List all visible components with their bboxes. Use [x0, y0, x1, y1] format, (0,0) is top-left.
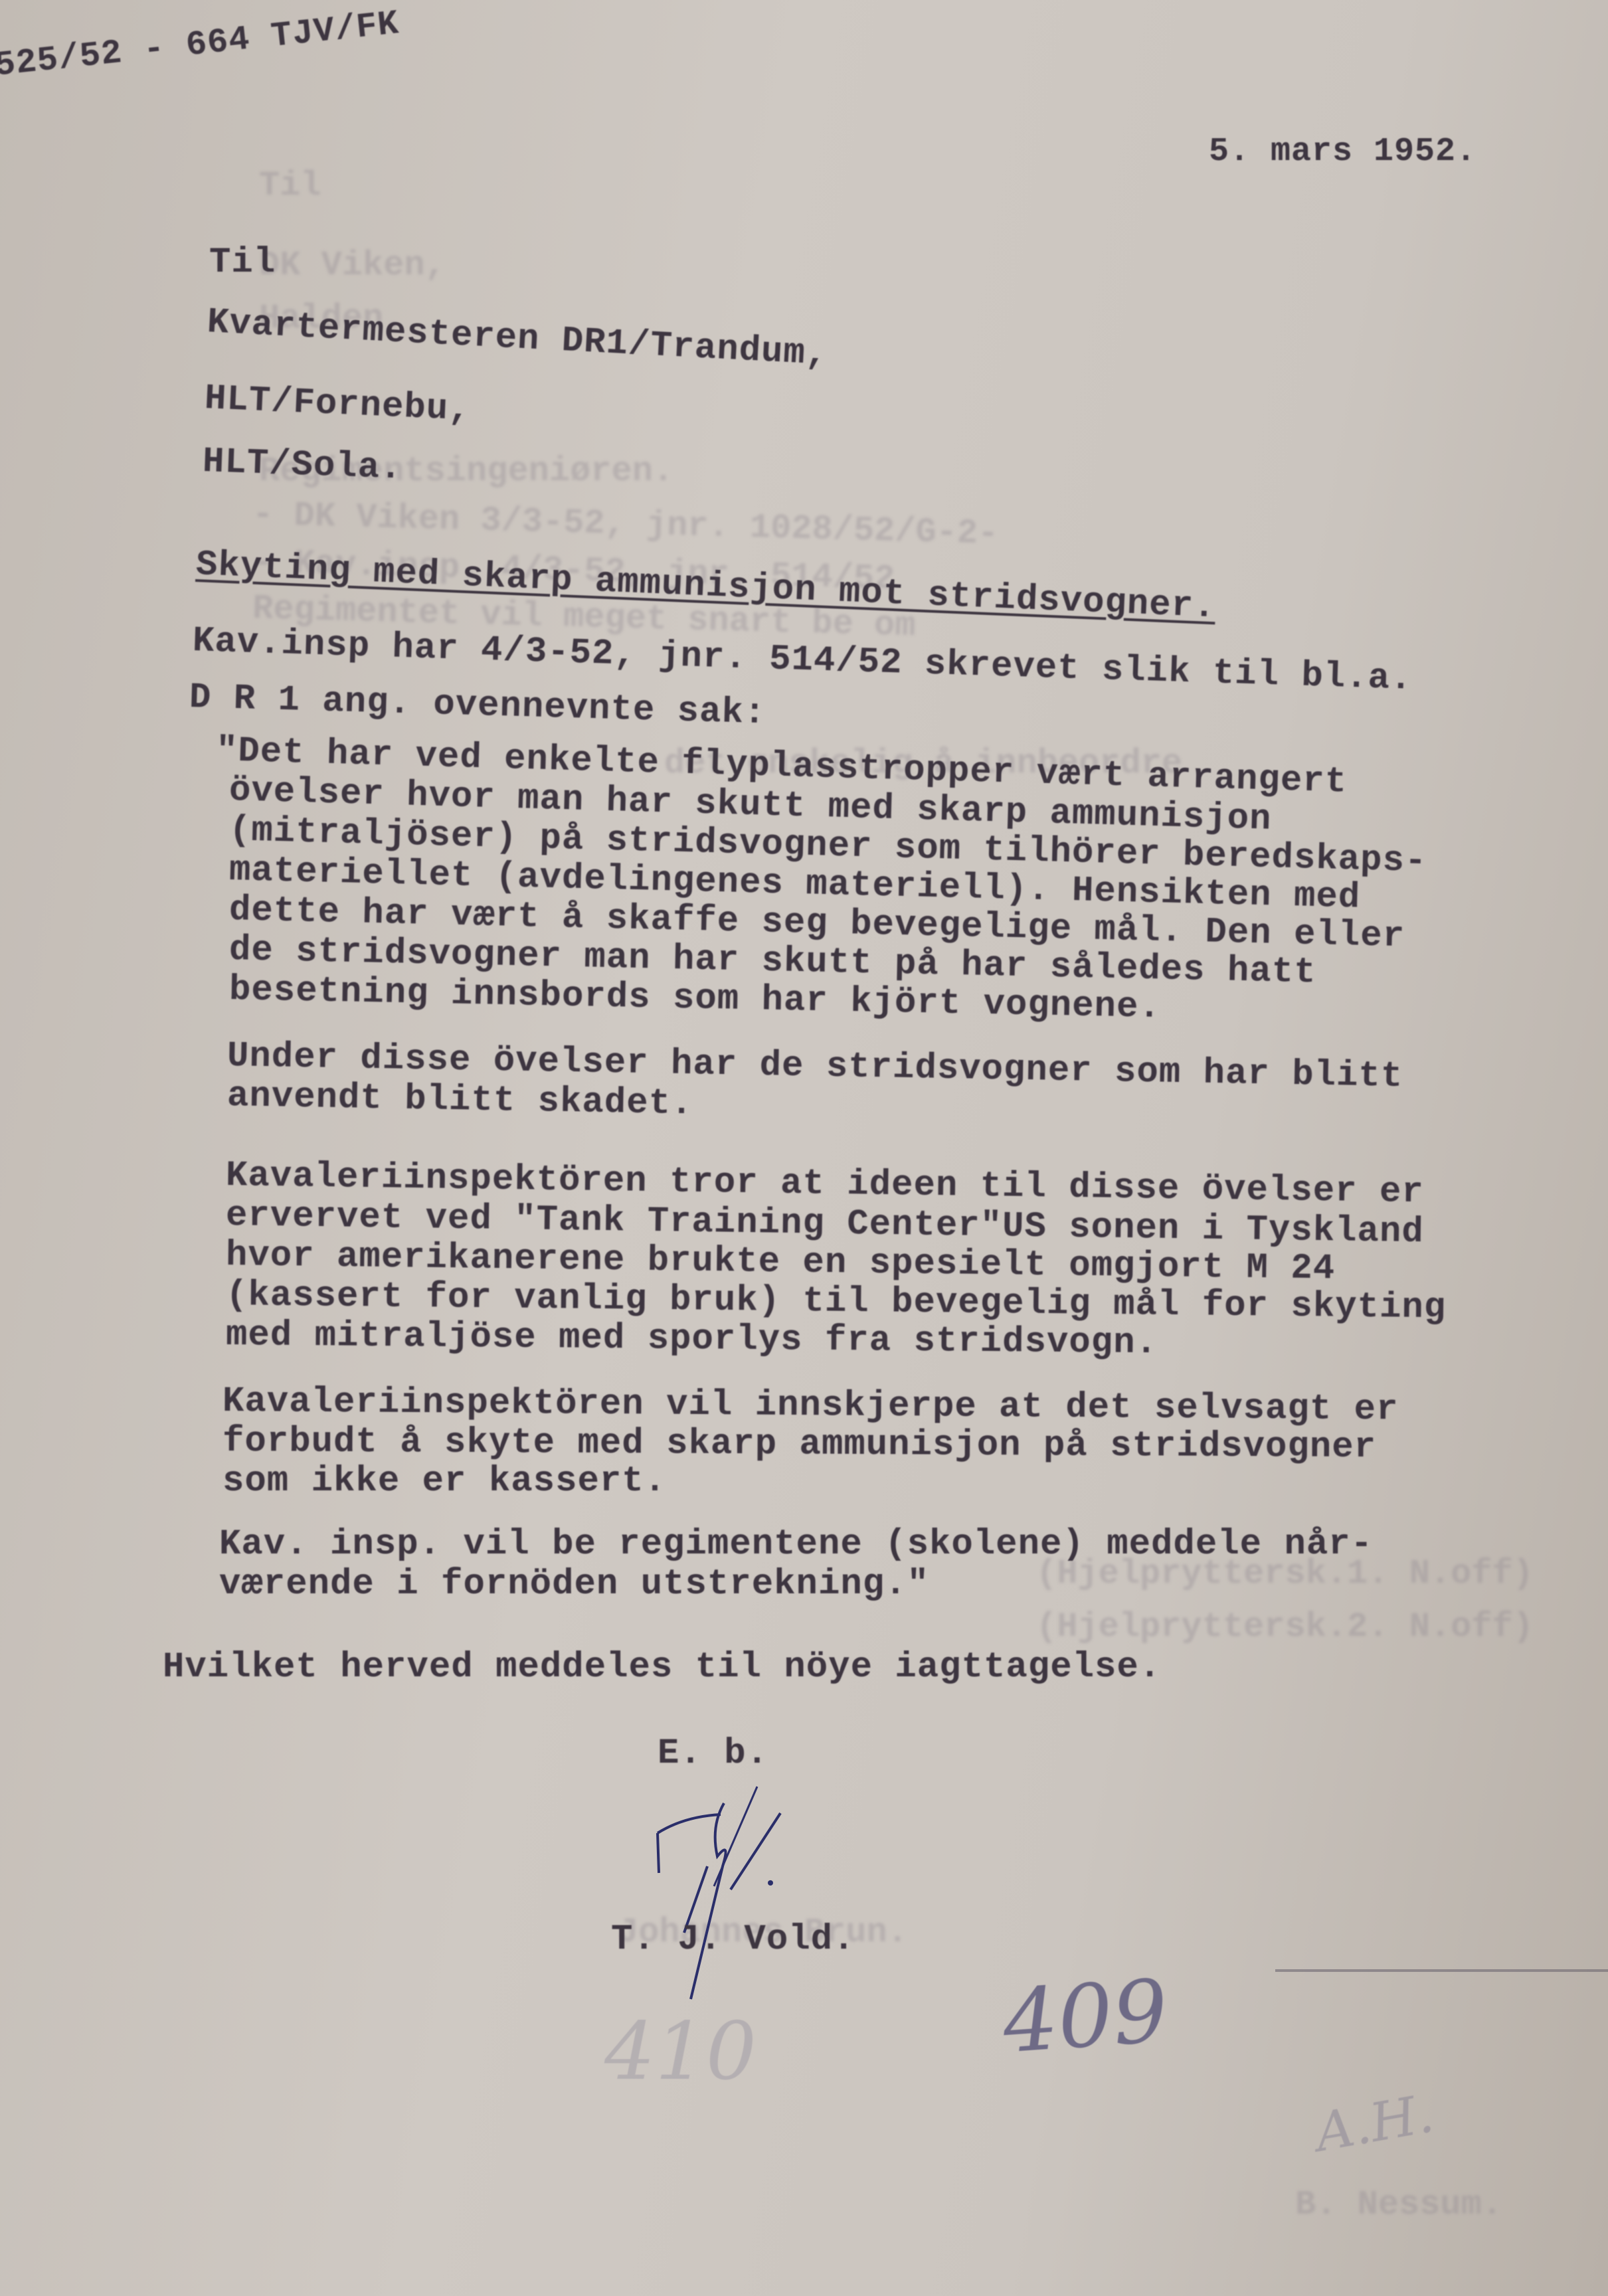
show-through-rule [1275, 1969, 1608, 1972]
faint-handwritten-number: 410 [604, 2006, 757, 2098]
reference-number: 525/52 - 664 TJV/FK [0, 4, 401, 86]
quote-line: med mitraljöse med sporlys fra stridsvog… [226, 1315, 1158, 1364]
show-through-text: - DK Viken 3/3-52, jnr. 1028/52/G-2- [252, 495, 999, 553]
handwritten-page-number: 409 [1000, 1961, 1171, 2073]
handwritten-signature-icon [644, 1740, 844, 2019]
show-through-text: (Hjelpryttersk.2. N.off) [1036, 1607, 1534, 1646]
show-through-text: DK Viken, [259, 246, 446, 285]
recipient-line: Kvartermesteren DR1/Trandum, [206, 302, 828, 375]
signatory-name: T. J. Vold. [611, 1919, 855, 1960]
letter-date: 5. mars 1952. [1209, 133, 1476, 171]
show-through-text: Til [259, 166, 321, 205]
recipients-label: Til [209, 242, 276, 283]
intro-line: D R 1 ang. ovennevnte sak: [189, 677, 766, 734]
recipient-line: HLT/Sola. [202, 442, 403, 489]
faint-initials: A.H. [1310, 2082, 1438, 2164]
quote-line: værende i fornöden utstrekning." [219, 1564, 929, 1605]
quote-line: som ikke er kassert. [223, 1461, 666, 1502]
document-page: Til DK Viken, Halden. Regimentsingeniøre… [0, 0, 1608, 2296]
closing-line: Hvilket herved meddeles til nöye iagttag… [163, 1647, 1161, 1688]
quote-line: anvendt blitt skadet. [226, 1076, 693, 1124]
quote-line: Kav. insp. vil be regimentene (skolene) … [219, 1524, 1373, 1565]
recipient-line: HLT/Fornebu, [204, 379, 472, 430]
show-through-text: B. Nessum. [1295, 2185, 1502, 2224]
